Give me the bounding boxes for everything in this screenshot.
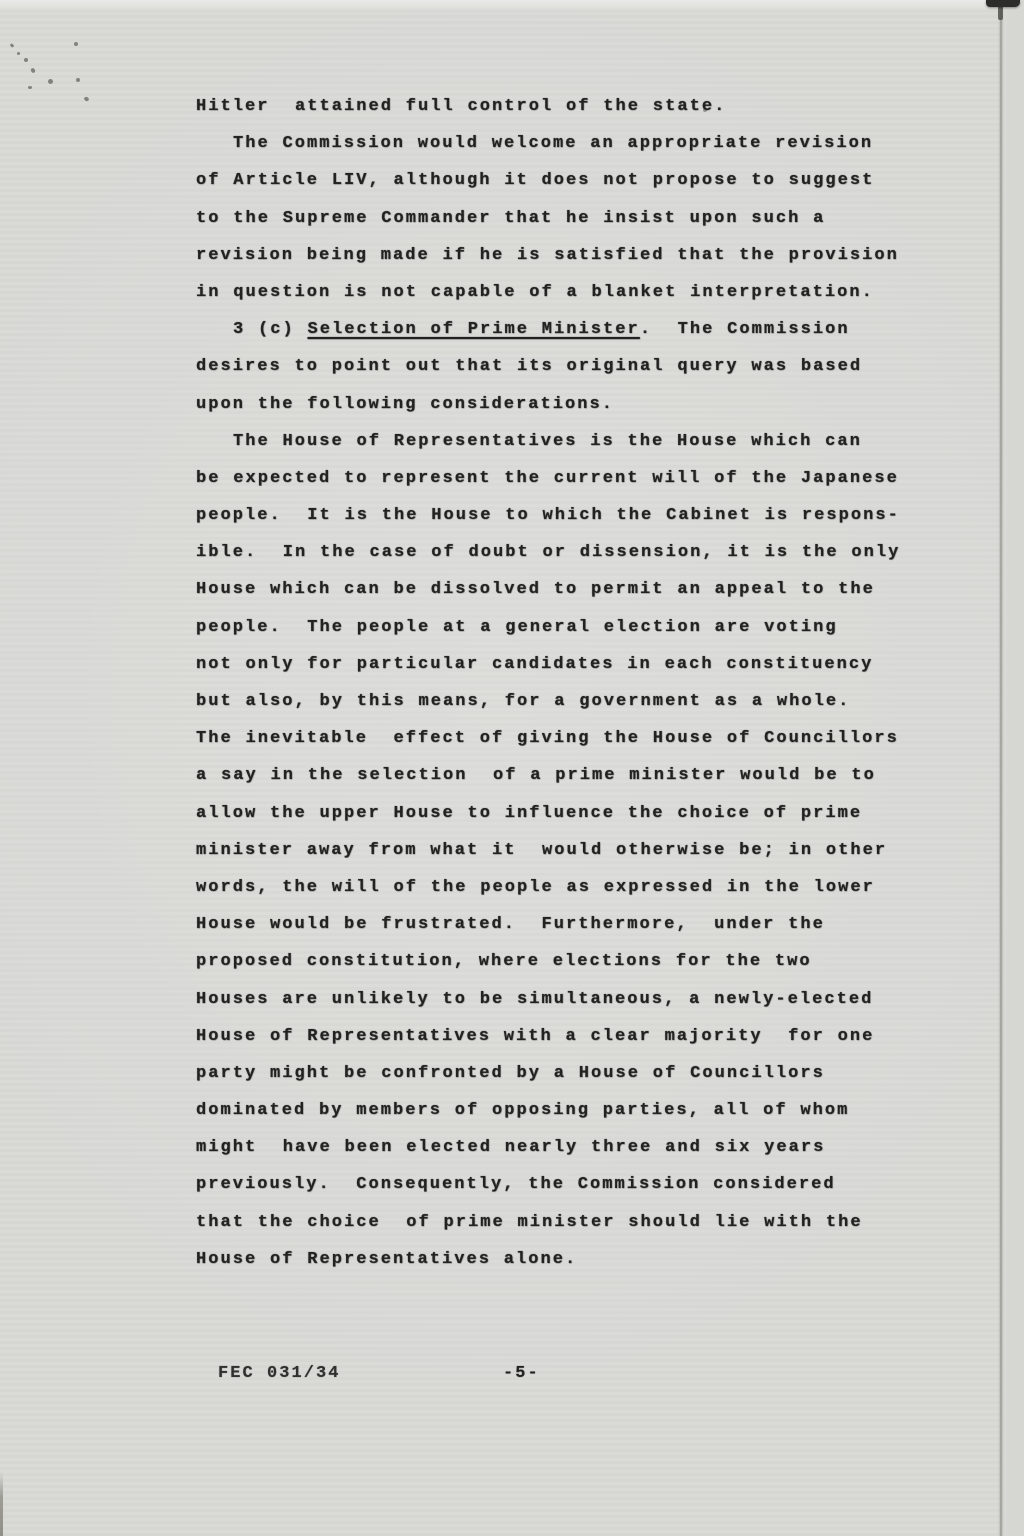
text-line: House would be frustrated. Furthermore, … <box>196 906 936 943</box>
text-segment: House which can be dissolved to permit a… <box>196 580 875 599</box>
scanned-document-page: Hitler attained full control of the stat… <box>0 0 1024 1536</box>
text-line: not only for particular candidates in ea… <box>196 646 936 683</box>
scan-top-edge-band <box>0 0 1024 11</box>
text-line: desires to point out that its original q… <box>196 348 936 385</box>
text-line: dominated by members of opposing parties… <box>196 1092 936 1129</box>
text-segment: upon the following considerations. <box>196 395 614 414</box>
text-segment: a say in the selection of a prime minist… <box>196 766 876 785</box>
document-footer: FEC 031/34 -5- <box>0 1364 1024 1388</box>
document-reference: FEC 031/34 <box>218 1364 341 1383</box>
text-segment: . The Commission <box>640 320 850 339</box>
text-line: House of Representatives with a clear ma… <box>196 1018 936 1055</box>
text-segment: in question is not capable of a blanket … <box>196 283 874 302</box>
text-segment: people. It is the House to which the Cab… <box>196 506 900 525</box>
text-segment: allow the upper House to influence the c… <box>196 804 862 823</box>
text-segment: 3 (c) <box>233 320 308 339</box>
text-line: The inevitable effect of giving the Hous… <box>196 720 936 757</box>
dust-speck <box>30 67 36 73</box>
text-segment: The Commission would welcome an appropri… <box>233 134 873 153</box>
scan-corner-artifact <box>986 0 1020 7</box>
text-segment: House of Representatives alone. <box>196 1250 577 1269</box>
text-segment: not only for particular candidates in ea… <box>196 655 873 674</box>
text-segment: The inevitable effect of giving the Hous… <box>196 729 899 748</box>
text-segment: proposed constitution, where elections f… <box>196 952 812 971</box>
text-line: upon the following considerations. <box>196 386 936 423</box>
text-line: might have been elected nearly three and… <box>196 1129 936 1166</box>
text-segment: ible. In the case of doubt or dissension… <box>196 543 900 562</box>
text-segment: desires to point out that its original q… <box>196 357 862 376</box>
dust-speck <box>28 86 32 89</box>
dust-speck <box>17 52 20 55</box>
dust-speck <box>83 96 89 102</box>
text-line: a say in the selection of a prime minist… <box>196 757 936 794</box>
dust-speck <box>24 58 28 62</box>
text-segment: of Article LIV, although it does not pro… <box>196 171 874 190</box>
text-line: allow the upper House to influence the c… <box>196 795 936 832</box>
text-line: House of Representatives alone. <box>196 1241 936 1278</box>
text-segment: that the choice of prime minister should… <box>196 1213 863 1232</box>
text-segment: minister away from what it would otherwi… <box>196 841 887 860</box>
scan-right-margin-strip <box>1002 0 1024 1536</box>
dust-speck <box>48 79 53 84</box>
text-line: of Article LIV, although it does not pro… <box>196 162 936 199</box>
paper-edge-line <box>1000 0 1002 1536</box>
scan-left-edge-artifact <box>0 1472 3 1536</box>
text-line: but also, by this means, for a governmen… <box>196 683 936 720</box>
text-line: revision being made if he is satisfied t… <box>196 237 936 274</box>
text-line: party might be confronted by a House of … <box>196 1055 936 1092</box>
text-line: previously. Consequently, the Commission… <box>196 1166 936 1203</box>
dust-speck <box>76 78 80 82</box>
text-line: that the choice of prime minister should… <box>196 1204 936 1241</box>
text-segment: previously. Consequently, the Commission… <box>196 1175 836 1194</box>
text-segment: words, the will of the people as express… <box>196 878 875 897</box>
text-segment: House would be frustrated. Furthermore, … <box>196 915 825 934</box>
text-line: minister away from what it would otherwi… <box>196 832 936 869</box>
text-line: to the Supreme Commander that he insist … <box>196 200 936 237</box>
underlined-heading-segment: Selection of Prime Minister <box>308 320 640 339</box>
text-line: ible. In the case of doubt or dissension… <box>196 534 936 571</box>
document-text-body: Hitler attained full control of the stat… <box>196 88 936 1278</box>
text-line: Houses are unlikely to be simultaneous, … <box>196 981 936 1018</box>
text-segment: people. The people at a general election… <box>196 618 838 637</box>
text-line: be expected to represent the current wil… <box>196 460 936 497</box>
text-line: House which can be dissolved to permit a… <box>196 571 936 608</box>
text-line: The House of Representatives is the Hous… <box>196 423 936 460</box>
text-segment: party might be confronted by a House of … <box>196 1064 825 1083</box>
text-segment: revision being made if he is satisfied t… <box>196 246 899 265</box>
dust-speck <box>10 43 15 48</box>
text-line: 3 (c) Selection of Prime Minister. The C… <box>196 311 936 348</box>
text-segment: Houses are unlikely to be simultaneous, … <box>196 990 873 1009</box>
text-segment: House of Representatives with a clear ma… <box>196 1027 874 1046</box>
text-segment: be expected to represent the current wil… <box>196 469 899 488</box>
text-segment: The House of Representatives is the Hous… <box>233 432 862 451</box>
text-segment: to the Supreme Commander that he insist … <box>196 209 825 228</box>
text-line: people. The people at a general election… <box>196 609 936 646</box>
page-number: -5- <box>503 1364 540 1383</box>
text-line: The Commission would welcome an appropri… <box>196 125 936 162</box>
text-line: words, the will of the people as express… <box>196 869 936 906</box>
text-segment: Hitler attained full control of the stat… <box>196 97 726 116</box>
text-line: Hitler attained full control of the stat… <box>196 88 936 125</box>
text-line: in question is not capable of a blanket … <box>196 274 936 311</box>
text-line: people. It is the House to which the Cab… <box>196 497 936 534</box>
text-segment: but also, by this means, for a governmen… <box>196 692 850 711</box>
text-segment: dominated by members of opposing parties… <box>196 1101 849 1120</box>
text-segment: might have been elected nearly three and… <box>196 1138 825 1157</box>
text-line: proposed constitution, where elections f… <box>196 943 936 980</box>
dust-speck <box>74 42 78 46</box>
